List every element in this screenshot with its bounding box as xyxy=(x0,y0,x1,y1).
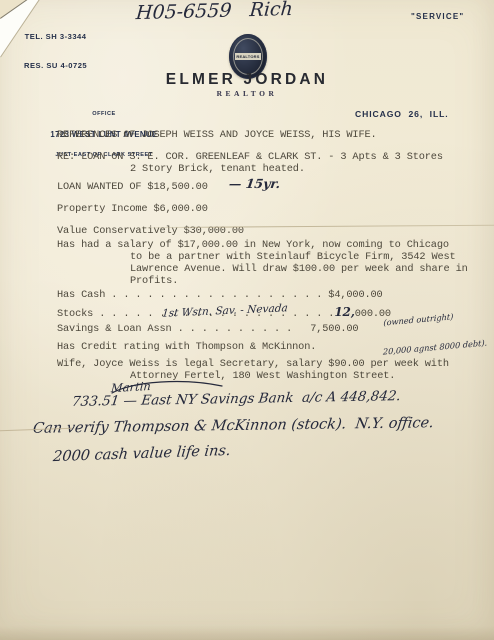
loan-wanted-line: LOAN WANTED OF $18,500.00 xyxy=(57,181,208,193)
top-reference-number: H05-6559 Rich xyxy=(135,0,294,24)
has-cash-line: Has Cash . . . . . . . . . . . . . . . .… xyxy=(57,289,383,301)
salary-line-4: Profits. xyxy=(130,275,178,287)
firm-name: ELMER JORDAN xyxy=(0,71,494,89)
stocks-note-line-1: (owned outright) xyxy=(383,309,487,328)
loan-term-annotation: — 15yr. xyxy=(228,176,281,191)
bottom-edge-shadow xyxy=(0,626,494,640)
re-line-2: 2 Story Brick, tenant heated. xyxy=(130,163,305,175)
stocks-amount-handwritten: 12, xyxy=(334,305,354,319)
phone-res: RES. SU 4-0725 xyxy=(24,61,87,71)
life-insurance-annotation: 2000 cash value life ins. xyxy=(52,443,231,465)
salary-line-1: Has had a salary of $17,000.00 in New Yo… xyxy=(57,239,449,251)
salary-line-3: Lawrence Avenue. Will draw $100.00 per w… xyxy=(130,263,468,275)
salary-line-2: to be a partner with Steinlauf Bicycle F… xyxy=(130,251,456,263)
city-line: CHICAGO 26, ILL. xyxy=(355,109,449,119)
property-income-line: Property Income $6,000.00 xyxy=(57,203,208,215)
firm-title: REALTOR xyxy=(0,89,494,98)
re-line-1: RE: LOAN ON S. E. COR. GREENLEAF & CLARK… xyxy=(57,151,443,163)
verify-annotation: Can verify Thompson & McKinnon (stock). … xyxy=(32,415,435,437)
insertion-loop-stroke xyxy=(104,377,229,397)
scanned-letter-page: TEL. SH 3-3344 RES. SU 4-0725 "SERVICE" … xyxy=(0,0,494,640)
stocks-note-line-2: 20,000 agnst 8000 debt). xyxy=(383,338,487,357)
service-motto: "SERVICE" xyxy=(411,12,464,21)
credit-line: Has Credit rating with Thompson & McKinn… xyxy=(57,341,316,353)
references-line: REFERENCES OF JOSEPH WEISS AND JOYCE WEI… xyxy=(57,129,377,141)
seal-band: REALTORS xyxy=(235,53,261,60)
wife-line-1: Wife, Joyce Weiss is legal Secretary, sa… xyxy=(57,358,449,370)
savings-line: Savings & Loan Assn . . . . . . . . . . … xyxy=(57,323,358,335)
seal-text: REALTORS xyxy=(236,54,259,59)
phone-tel: TEL. SH 3-3344 xyxy=(24,32,87,42)
office-label: OFFICE xyxy=(45,111,163,118)
